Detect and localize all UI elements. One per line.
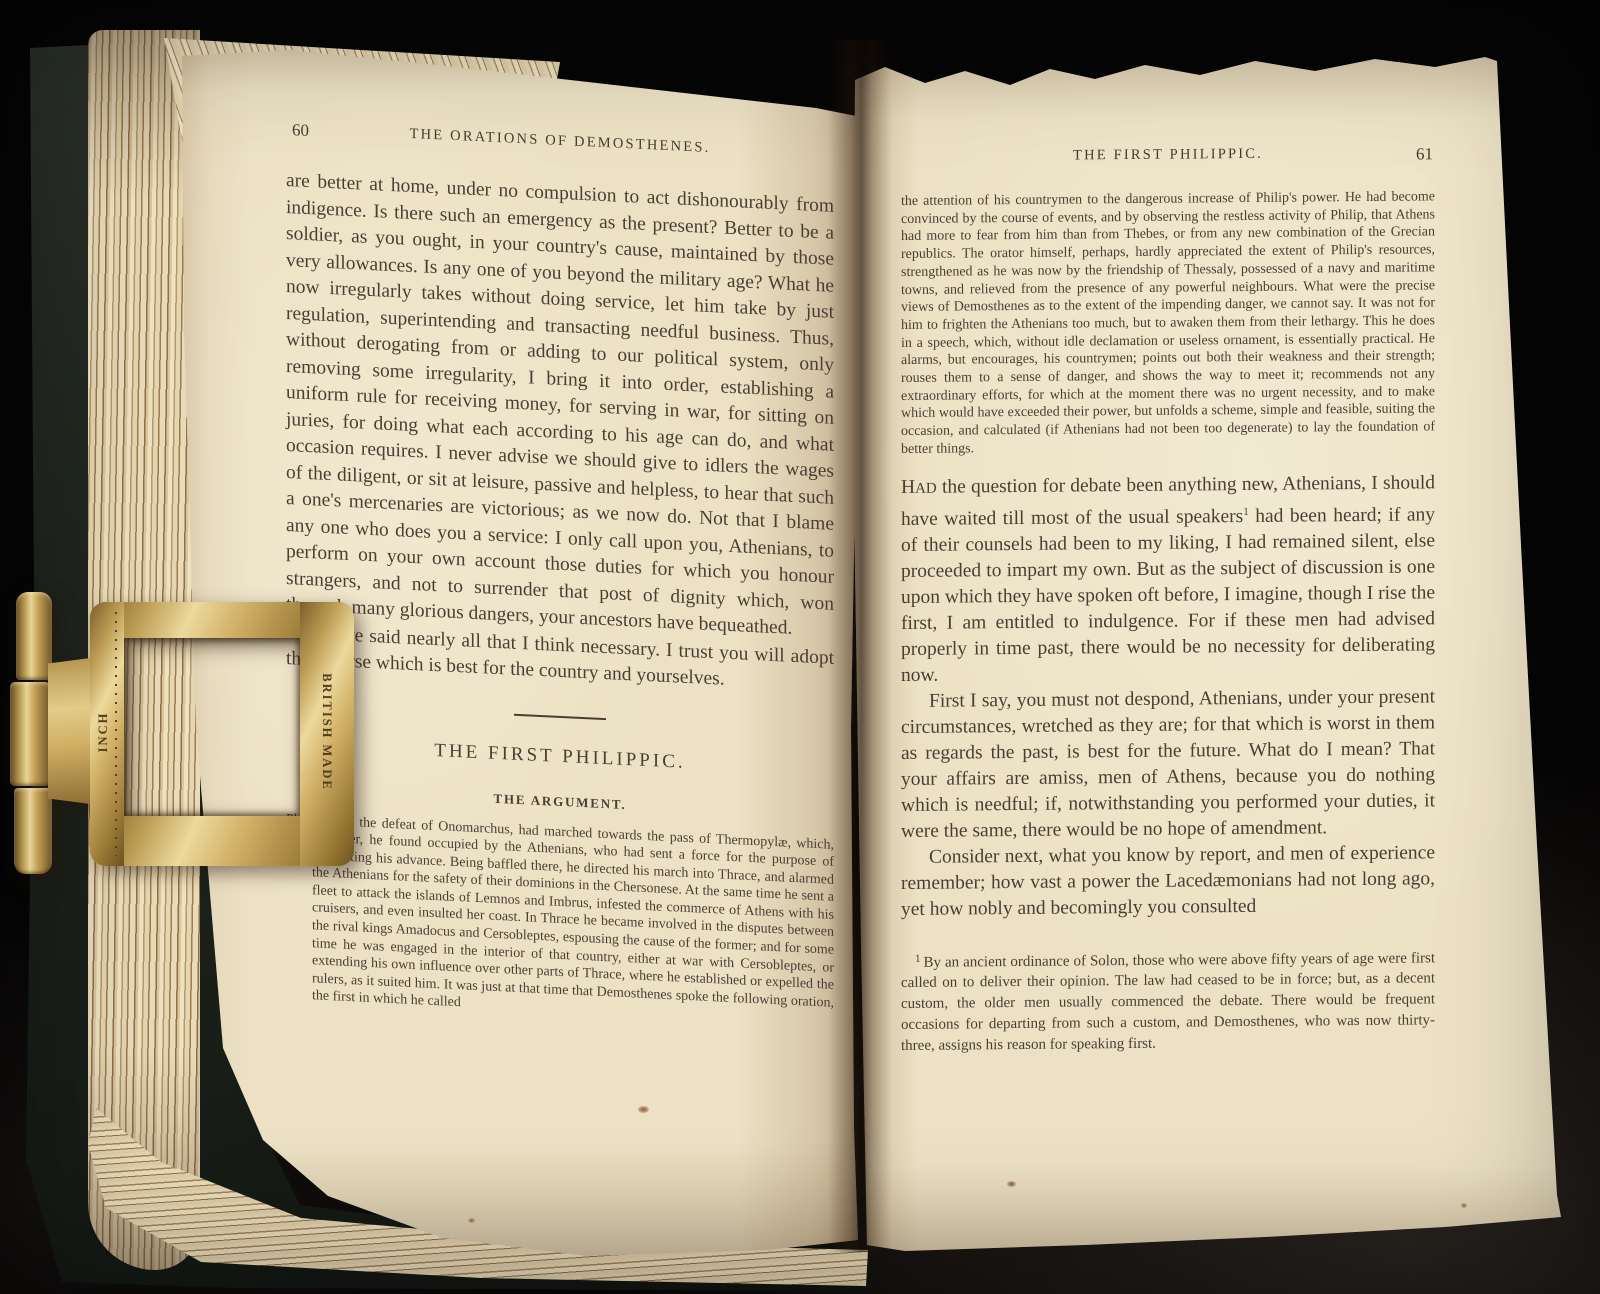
foxing-spot: [638, 1106, 649, 1113]
clasp-hinge-barrel: [16, 592, 52, 680]
paragraph-lead-cap: H: [901, 476, 915, 497]
right-page-number: 61: [1416, 144, 1433, 164]
oration-paragraph-3: Consider next, what you know by report, …: [901, 840, 1435, 923]
left-page-number: 60: [292, 120, 309, 141]
brass-clasp: INCH BRITISH MADE: [6, 590, 358, 878]
oration-paragraph-1: HAD the question for debate been anythin…: [901, 470, 1435, 689]
right-page-header: THE FIRST PHILIPPIC. 61: [901, 144, 1435, 173]
footnote-text: By an ancient ordinance of Solon, those …: [901, 950, 1435, 1054]
left-page-header: 60 THE ORATIONS OF DEMOSTHENES.: [286, 120, 834, 170]
right-running-header: THE FIRST PHILIPPIC.: [901, 144, 1435, 166]
right-page-text: THE FIRST PHILIPPIC. 61 the attention of…: [901, 144, 1435, 1056]
clasp-hinge-barrel: [10, 682, 50, 786]
left-body-paragraph-1: are better at home, under no compulsion …: [286, 168, 834, 644]
foxing-spot: [1461, 1203, 1467, 1208]
left-page-text: 60 THE ORATIONS OF DEMOSTHENES. are bett…: [286, 120, 834, 1030]
section-divider-rule: [514, 713, 606, 719]
foxing-spot: [1007, 1181, 1016, 1187]
argument-text: Philip, after the defeat of Onomarchus, …: [286, 811, 834, 1030]
oration-p1-after-note: had been heard; if any of their counsels…: [901, 504, 1435, 686]
clasp-stamp-british-made: BRITISH MADE: [265, 670, 389, 794]
intro-paragraph: the attention of his countrymen to the d…: [901, 188, 1435, 458]
foxing-spot: [468, 1218, 475, 1223]
right-page: THE FIRST PHILIPPIC. 61 the attention of…: [845, 45, 1580, 1263]
clasp-hinge-barrel: [14, 788, 52, 874]
footnote: 1By an ancient ordinance of Solon, those…: [901, 944, 1435, 1057]
clasp-stamp-inch: INCH: [73, 702, 133, 762]
footnote-marker: 1: [915, 952, 921, 964]
left-running-header: THE ORATIONS OF DEMOSTHENES.: [286, 120, 834, 163]
oration-paragraph-2: First I say, you must not despond, Athen…: [901, 684, 1435, 845]
book-photo: 60 THE ORATIONS OF DEMOSTHENES. are bett…: [0, 0, 1600, 1294]
paragraph-lead-smallcaps: AD: [915, 480, 937, 496]
